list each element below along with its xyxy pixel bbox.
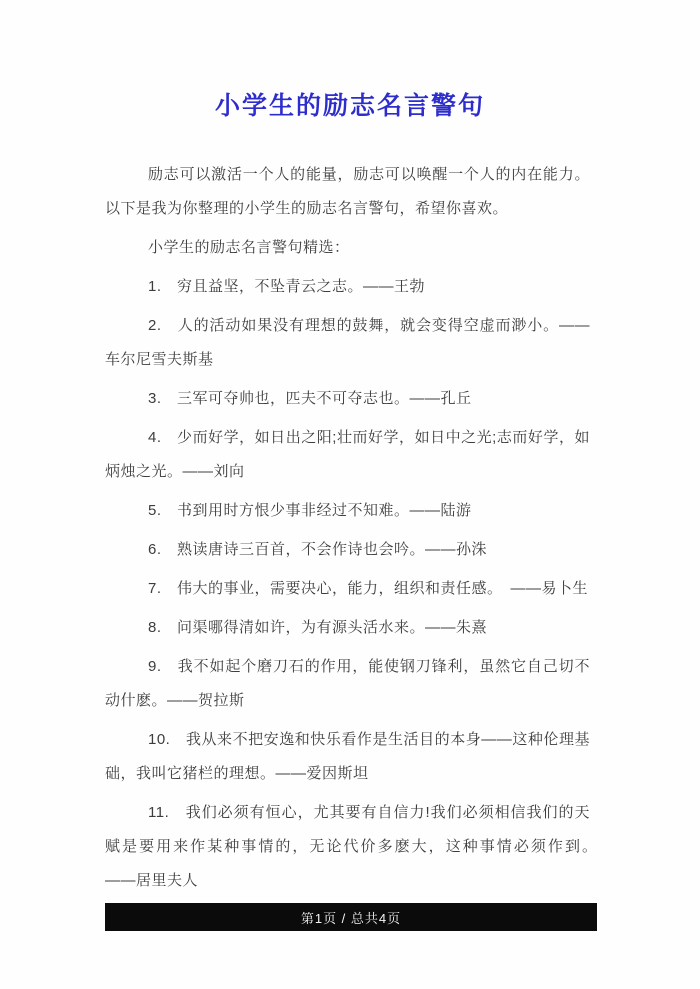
quote-item-7: 7. 伟大的事业，需要决心，能力，组织和责任感。 ——易卜生 xyxy=(105,572,590,606)
quote-item-5: 5. 书到用时方恨少事非经过不知难。——陆游 xyxy=(105,494,590,528)
list-heading: 小学生的励志名言警句精选： xyxy=(105,231,590,265)
document-body: 励志可以激活一个人的能量，励志可以唤醒一个人的内在能力。以下是我为你整理的小学生… xyxy=(0,158,700,898)
quote-item-6: 6. 熟读唐诗三百首，不会作诗也会吟。——孙洙 xyxy=(105,533,590,567)
document-page: 小学生的励志名言警句 励志可以激活一个人的能量，励志可以唤醒一个人的内在能力。以… xyxy=(0,0,700,989)
quote-item-11: 11. 我们必须有恒心，尤其要有自信力!我们必须相信我们的天赋是要用来作某种事情… xyxy=(105,796,590,898)
quote-item-4: 4. 少而好学，如日出之阳;壮而好学，如日中之光;志而好学，如炳烛之光。——刘向 xyxy=(105,421,590,489)
quote-item-1: 1. 穷且益坚，不坠青云之志。——王勃 xyxy=(105,270,590,304)
quote-item-9: 9. 我不如起个磨刀石的作用，能使钢刀锋利，虽然它自己切不动什麽。——贺拉斯 xyxy=(105,650,590,718)
intro-paragraph: 励志可以激活一个人的能量，励志可以唤醒一个人的内在能力。以下是我为你整理的小学生… xyxy=(105,158,590,226)
quote-item-3: 3. 三军可夺帅也，匹夫不可夺志也。——孔丘 xyxy=(105,382,590,416)
quote-item-8: 8. 问渠哪得清如许，为有源头活水来。——朱熹 xyxy=(105,611,590,645)
quote-item-10: 10. 我从来不把安逸和快乐看作是生活目的本身——这种伦理基础，我叫它猪栏的理想… xyxy=(105,723,590,791)
document-title: 小学生的励志名言警句 xyxy=(0,0,700,122)
page-indicator: 第1页 / 总共4页 xyxy=(301,908,401,927)
quote-item-2: 2. 人的活动如果没有理想的鼓舞，就会变得空虚而渺小。——车尔尼雪夫斯基 xyxy=(105,309,590,377)
footer-bar: 第1页 / 总共4页 xyxy=(105,903,597,931)
